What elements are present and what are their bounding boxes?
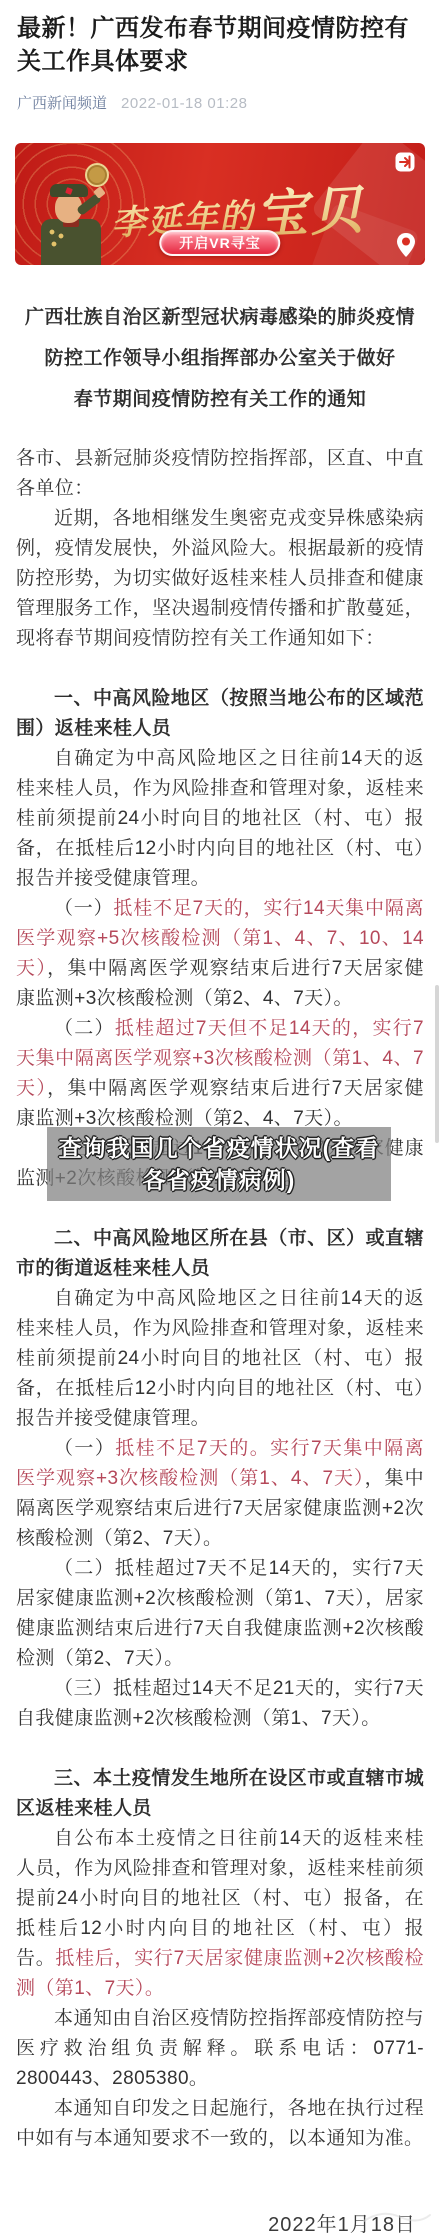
paragraph: 自确定为中高风险地区之日往前14天的返桂来桂人员，作为风险排查和管理对象，返桂来… bbox=[16, 1284, 424, 1434]
vr-treasure-button[interactable]: 开启VR寻宝 bbox=[159, 230, 280, 256]
text-segment: 一、中高风险地区（按照当地公布的区域范围）返桂来桂人员 bbox=[16, 688, 424, 739]
paragraph: 各市、县新冠肺炎疫情防控指挥部，区直、中直各单位： bbox=[16, 444, 424, 504]
paragraph: （一）抵桂不足7天的。实行7天集中隔离医学观察+3次核酸检测（第1、4、7天），… bbox=[16, 1434, 424, 1554]
page-title: 最新！广西发布春节期间疫情防控有关工作具体要求 bbox=[0, 0, 440, 78]
article-page: 最新！广西发布春节期间疫情防控有关工作具体要求 广西新闻频道 2022-01-1… bbox=[0, 0, 440, 2237]
text-segment: 自确定为中高风险地区之日往前14天的返桂来桂人员，作为风险排查和管理对象，返桂来… bbox=[16, 1288, 424, 1429]
article-meta: 广西新闻频道 2022-01-18 01:28 bbox=[0, 78, 440, 113]
text-segment: ，集中隔离医学观察结束后进行7天居家健康监测+3次核酸检测（第2、4、7天）。 bbox=[16, 958, 424, 1009]
notice-body: 各市、县新冠肺炎疫情防控指挥部，区直、中直各单位：近期，各地相继发生奥密克戎变异… bbox=[0, 420, 440, 2154]
paragraph: 近期，各地相继发生奥密克戎变异株感染病例，疫情发展快，外溢风险大。根据最新的疫情… bbox=[16, 504, 424, 654]
section-heading: 一、中高风险地区（按照当地公布的区域范围）返桂来桂人员 bbox=[16, 684, 424, 744]
query-epidemic-overlay[interactable]: 查询我国几个省疫情状况(查看各省疫情病例) bbox=[47, 1127, 391, 1201]
paragraph: 自确定为中高风险地区之日往前14天的返桂来桂人员，作为风险排查和管理对象，返桂来… bbox=[16, 744, 424, 894]
text-segment: （一） bbox=[54, 1438, 115, 1459]
section-heading: 二、中高风险地区所在县（市、区）或直辖市的街道返桂来桂人员 bbox=[16, 1224, 424, 1284]
paragraph: （二）抵桂超过7天不足14天的，实行7天居家健康监测+2次核酸检测（第1、7天）… bbox=[16, 1554, 424, 1674]
paragraph: （一）抵桂不足7天的，实行14天集中隔离医学观察+5次核酸检测（第1、4、7、1… bbox=[16, 894, 424, 1014]
publish-timestamp: 2022-01-18 01:28 bbox=[121, 95, 247, 112]
text-segment: 自确定为中高风险地区之日往前14天的返桂来桂人员，作为风险排查和管理对象，返桂来… bbox=[16, 748, 424, 889]
text-segment: （二） bbox=[54, 1018, 115, 1039]
text-segment: ，集中隔离医学观察结束后进行7天居家健康监测+3次核酸检测（第2、4、7天）。 bbox=[16, 1078, 424, 1129]
watermark-squiggle bbox=[362, 2207, 432, 2227]
text-segment: 本通知由自治区疫情防控指挥部疫情防控与医疗救治组负责解释。联系电话：0771-2… bbox=[16, 2008, 424, 2089]
text-segment: 本通知自印发之日起施行，各地在执行过程中如有与本通知要求不一致的，以本通知为准。 bbox=[16, 2098, 424, 2149]
section-heading: 三、本土疫情发生地所在设区市或直辖市城区返桂来桂人员 bbox=[16, 1764, 424, 1824]
paragraph: 本通知自印发之日起施行，各地在执行过程中如有与本通知要求不一致的，以本通知为准。 bbox=[16, 2094, 424, 2154]
text-segment: （三）抵桂超过14天不足21天的，实行7天自我健康监测+2次核酸检测（第1、7天… bbox=[16, 1678, 424, 1729]
source-account-link[interactable]: 广西新闻频道 bbox=[17, 92, 107, 113]
location-pin-icon bbox=[394, 231, 418, 259]
notice-title-line: 广西壮族自治区新型冠状病毒感染的肺炎疫情 bbox=[24, 297, 416, 338]
notice-title-line: 春节期间疫情防控有关工作的通知 bbox=[24, 379, 416, 420]
promo-banner[interactable]: 李延年的宝贝 开启VR寻宝 bbox=[15, 143, 425, 265]
overlay-anchor: （三）抵桂超过14天的，实行7天居家健康监测+2次核酸检测（第1、7天）。查询我… bbox=[16, 1134, 424, 1194]
paragraph: 本通知由自治区疫情防控指挥部疫情防控与医疗救治组负责解释。联系电话：0771-2… bbox=[16, 2004, 424, 2094]
paragraph: 自公布本土疫情之日往前14天的返桂来桂人员，作为风险排查和管理对象，返桂来桂前须… bbox=[16, 1824, 424, 2004]
text-segment: （一） bbox=[54, 898, 113, 919]
scrollbar-thumb[interactable] bbox=[435, 985, 439, 1143]
red-emphasis: 抵桂后，实行7天居家健康监测+2次核酸检测（第1、7天）。 bbox=[16, 1948, 424, 1999]
text-segment: （二）抵桂超过7天不足14天的，实行7天居家健康监测+2次核酸检测（第1、7天）… bbox=[16, 1558, 424, 1669]
notice-title: 广西壮族自治区新型冠状病毒感染的肺炎疫情防控工作领导小组指挥部办公室关于做好春节… bbox=[0, 297, 440, 420]
text-segment: 近期，各地相继发生奥密克戎变异株感染病例，疫情发展快，外溢风险大。根据最新的疫情… bbox=[16, 508, 424, 649]
paragraph: （三）抵桂超过14天不足21天的，实行7天自我健康监测+2次核酸检测（第1、7天… bbox=[16, 1674, 424, 1734]
paragraph: （二）抵桂超过7天但不足14天的，实行7天集中隔离医学观察+3次核酸检测（第1、… bbox=[16, 1014, 424, 1134]
text-segment: 各市、县新冠肺炎疫情防控指挥部，区直、中直各单位： bbox=[16, 448, 424, 499]
notice-title-line: 防控工作领导小组指挥部办公室关于做好 bbox=[24, 338, 416, 379]
text-segment: 二、中高风险地区所在县（市、区）或直辖市的街道返桂来桂人员 bbox=[16, 1228, 424, 1279]
share-jump-icon[interactable] bbox=[394, 151, 416, 173]
text-segment: 三、本土疫情发生地所在设区市或直辖市城区返桂来桂人员 bbox=[16, 1768, 424, 1819]
gold-seal-badge bbox=[85, 163, 109, 187]
